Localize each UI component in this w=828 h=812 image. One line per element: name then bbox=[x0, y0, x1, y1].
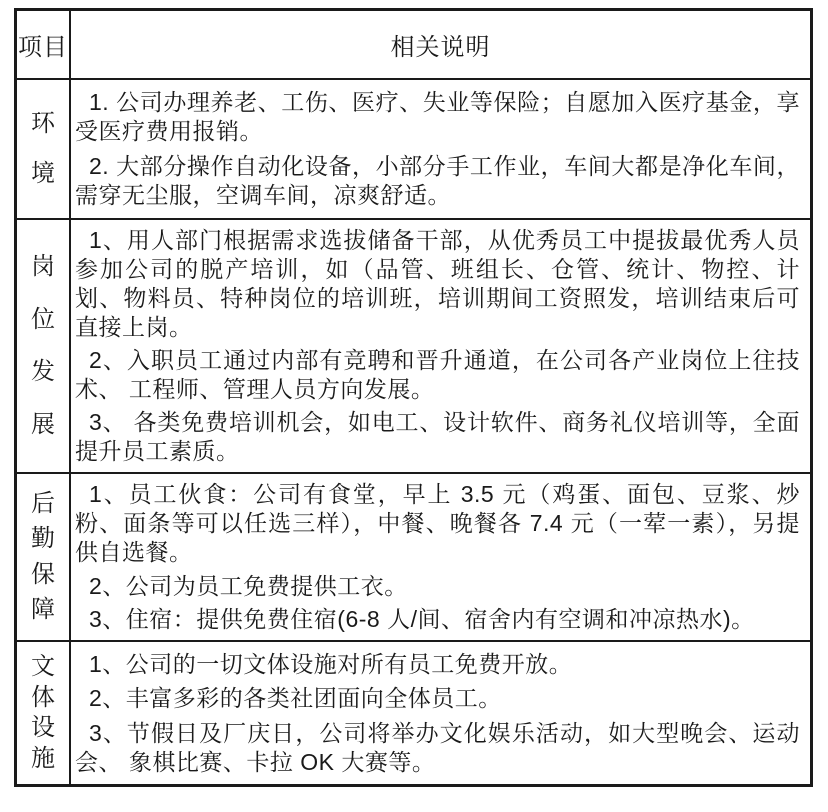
paragraph: 2、公司为员工免费提供工衣。 bbox=[75, 572, 800, 601]
paragraph: 3、住宿：提供免费住宿(6-8 人/间、宿舍内有空调和冲凉热水)。 bbox=[75, 605, 800, 634]
row-content-logistics-support: 1、员工伙食：公司有食堂，早上 3.5 元（鸡蛋、面包、豆浆、炒粉、面条等可以任… bbox=[71, 474, 810, 642]
label-char: 环 bbox=[31, 112, 55, 136]
paragraph: 1. 公司办理养老、工伤、医疗、失业等保险；自愿加入医疗基金，享受医疗费用报销。 bbox=[75, 88, 800, 146]
paragraph: 2、丰富多彩的各类社团面向全体员工。 bbox=[75, 684, 800, 713]
label-char: 展 bbox=[31, 413, 55, 437]
label-char: 岗 bbox=[31, 255, 55, 279]
row-label-recreation-facilities: 文 体 设 施 bbox=[17, 642, 71, 784]
label-char: 文 bbox=[31, 655, 55, 679]
paragraph: 3、 各类免费培训机会，如电工、设计软件、商务礼仪培训等，全面提升员工素质。 bbox=[75, 408, 800, 466]
header-description-cell: 相关说明 bbox=[71, 11, 810, 80]
label-char: 勤 bbox=[31, 527, 55, 551]
header-item-cell: 项目 bbox=[17, 11, 71, 80]
paragraph: 1、公司的一切文体设施对所有员工免费开放。 bbox=[75, 650, 800, 679]
row-label-environment: 环 境 bbox=[17, 80, 71, 220]
label-char: 位 bbox=[31, 308, 55, 332]
paragraph: 1、员工伙食：公司有食堂，早上 3.5 元（鸡蛋、面包、豆浆、炒粉、面条等可以任… bbox=[75, 480, 800, 567]
label-char: 施 bbox=[31, 747, 55, 771]
row-label-career-development: 岗 位 发 展 bbox=[17, 220, 71, 474]
row-label-logistics-support: 后 勤 保 障 bbox=[17, 474, 71, 642]
label-char: 保 bbox=[31, 563, 55, 587]
label-char: 境 bbox=[31, 162, 55, 186]
label-char: 体 bbox=[31, 686, 55, 710]
benefits-table: 项目 相关说明 环 境 1. 公司办理养老、工伤、医疗、失业等保险；自愿加入医疗… bbox=[14, 8, 813, 787]
label-char: 障 bbox=[31, 598, 55, 622]
paragraph: 2、入职员工通过内部有竞聘和晋升通道，在公司各产业岗位上往技术、 工程师、管理人… bbox=[75, 346, 800, 404]
row-content-career-development: 1、用人部门根据需求选拔储备干部，从优秀员工中提拔最优秀人员参加公司的脱产培训，… bbox=[71, 220, 810, 474]
paragraph: 2. 大部分操作自动化设备，小部分手工作业，车间大都是净化车间，需穿无尘服，空调… bbox=[75, 152, 800, 210]
row-content-environment: 1. 公司办理养老、工伤、医疗、失业等保险；自愿加入医疗基金，享受医疗费用报销。… bbox=[71, 80, 810, 220]
document-page: 项目 相关说明 环 境 1. 公司办理养老、工伤、医疗、失业等保险；自愿加入医疗… bbox=[0, 0, 828, 812]
label-char: 发 bbox=[31, 360, 55, 384]
row-content-recreation-facilities: 1、公司的一切文体设施对所有员工免费开放。 2、丰富多彩的各类社团面向全体员工。… bbox=[71, 642, 810, 784]
paragraph: 3、节假日及厂庆日，公司将举办文化娱乐活动，如大型晚会、运动会、 象棋比赛、卡拉… bbox=[75, 719, 800, 777]
label-char: 设 bbox=[31, 716, 55, 740]
paragraph: 1、用人部门根据需求选拔储备干部，从优秀员工中提拔最优秀人员参加公司的脱产培训，… bbox=[75, 226, 800, 342]
label-char: 后 bbox=[31, 492, 55, 516]
